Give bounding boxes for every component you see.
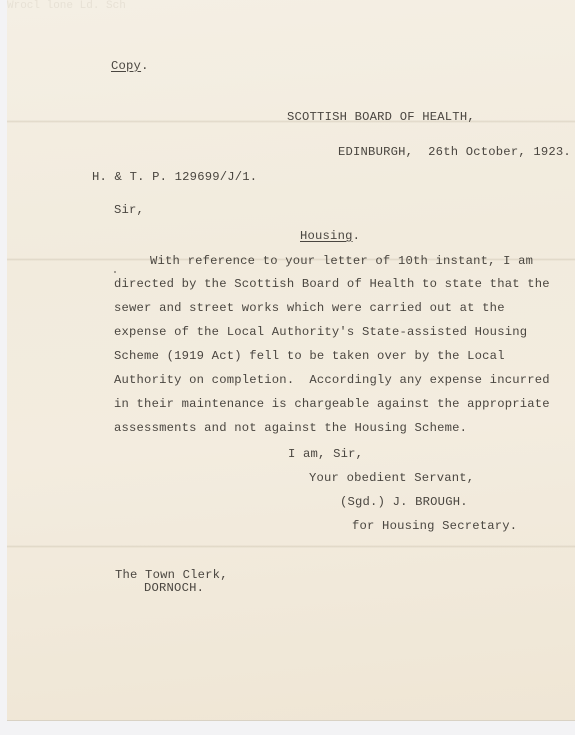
bleed-through-text: Wrocl lone Ld. Sch	[7, 0, 126, 12]
body-line: assessments and not against the Housing …	[114, 421, 467, 435]
copy-label: Copy.	[111, 59, 149, 73]
subject-heading: Housing.	[300, 229, 360, 243]
closing-line: Your obedient Servant,	[309, 471, 474, 485]
copy-label-period: .	[141, 59, 149, 73]
addressee-line: DORNOCH.	[144, 581, 204, 595]
signature-line: (Sgd.) J. BROUGH.	[340, 495, 468, 509]
reference-number: H. & T. P. 129699/J/1.	[92, 170, 257, 184]
subject-text: Housing	[300, 229, 353, 243]
body-line: sewer and street works which were carrie…	[114, 301, 505, 315]
signatory-title: for Housing Secretary.	[352, 519, 517, 533]
subject-period: .	[353, 229, 361, 243]
closing-line: I am, Sir,	[288, 447, 363, 461]
letter-page: Wrocl lone Ld. Sch Copy. SCOTTISH BOARD …	[7, 0, 575, 720]
sender-heading: SCOTTISH BOARD OF HEALTH,	[287, 110, 475, 124]
body-line: in their maintenance is chargeable again…	[114, 397, 550, 411]
copy-label-text: Copy	[111, 59, 141, 73]
body-line: With reference to your letter of 10th in…	[150, 254, 533, 268]
salutation: Sir,	[114, 203, 144, 217]
body-line: directed by the Scottish Board of Health…	[114, 277, 550, 291]
place-date: EDINBURGH, 26th October, 1923.	[338, 145, 571, 159]
body-line: Authority on completion. Accordingly any…	[114, 373, 550, 387]
body-line: Scheme (1919 Act) fell to be taken over …	[114, 349, 505, 363]
body-line: expense of the Local Authority's State-a…	[114, 325, 527, 339]
stray-mark	[114, 271, 116, 273]
addressee-line: The Town Clerk,	[115, 568, 228, 582]
paper-fold	[7, 545, 575, 548]
